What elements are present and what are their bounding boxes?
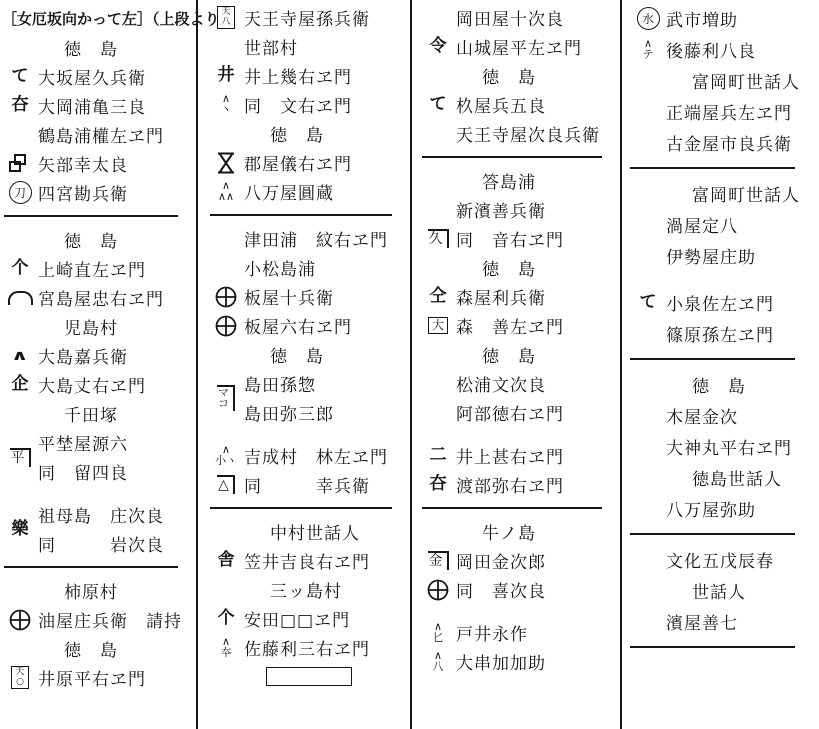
place-name: 徳 島 (244, 342, 324, 367)
entry-name: 井上甚右ヱ門 (456, 443, 564, 468)
entry-row: ∧大島嘉兵衛 (2, 341, 196, 370)
ni-mark-icon: 二 (430, 447, 447, 464)
entry-name: 鶴島浦權左ヱ門 (38, 122, 164, 147)
place-name: 富岡町世話人 (666, 181, 800, 206)
entry-row: 水武市増助 (630, 3, 809, 34)
entry-row: 井井上幾右ヱ門 (208, 61, 410, 90)
entry-name: 郡屋儀右ヱ門 (244, 150, 352, 175)
place-row: 児島村 (2, 312, 196, 341)
place-name: 徳 島 (38, 636, 118, 661)
mark-gutter: 井 (208, 67, 244, 84)
mark-gutter: 樂 (2, 521, 38, 538)
blank-box-row (208, 662, 410, 691)
entry-name: 新濱善兵衛 (456, 197, 546, 222)
yane-do-mark-icon: 仝 (430, 288, 447, 305)
entry-name: 後藤利八良 (666, 37, 756, 62)
hourglass-mark-icon (216, 152, 236, 174)
entry-name: 渡部弥右ヱ門 (456, 472, 564, 497)
entry-name: 山城屋平左ヱ門 (456, 34, 582, 59)
place-row: 徳島世話人 (630, 462, 809, 493)
entry-row: 矢部幸太良 (2, 149, 196, 178)
entry-row: 大神丸平右ヱ門 (630, 431, 809, 462)
entry-name: 矢部幸太良 (38, 151, 128, 176)
place-name: 徳 島 (456, 63, 536, 88)
entry-lines: 平埜屋源六同 留四良 (38, 428, 128, 486)
column-2: 天八天王寺屋孫兵衛世部村井井上幾右ヱ門∧丶同 文右ヱ門徳 島郡屋儀右ヱ門∧∧∧八… (198, 0, 410, 729)
section-divider (422, 507, 602, 509)
entry-row: 企大島丈右ヱ門 (2, 370, 196, 399)
sankaku-kaneori-mark-icon: △ (217, 475, 235, 494)
entry-name: 平埜屋源六 (38, 428, 128, 457)
entry-row: ∧∧∧八万屋圓蔵 (208, 177, 410, 206)
section-divider (4, 566, 178, 568)
entry-row: 小松島浦 (208, 253, 410, 282)
entry-row: 大森 善左ヱ門 (420, 311, 620, 340)
mark-gutter (208, 152, 244, 174)
te-mark-icon: て (640, 294, 657, 311)
yane-hon-mark-icon: ∧夲 (221, 637, 232, 657)
box-ten-hachi-mark-icon: 天八 (217, 6, 234, 29)
section-divider (422, 156, 602, 158)
box-ten-maru-mark-icon: 天○ (11, 666, 28, 689)
mark-gutter: 平 (2, 448, 38, 467)
place-row: 徳 島 (2, 634, 196, 663)
entry-name: 上崎直左ヱ門 (38, 256, 146, 281)
entry-row: 仝森屋利兵衛 (420, 282, 620, 311)
entry-row: 天○井原平右ヱ門 (2, 663, 196, 692)
yane-sha-mark-icon: 舎 (218, 552, 235, 569)
entry-name: 大神丸平右ヱ門 (666, 434, 792, 459)
place-row: 徳 島 (208, 119, 410, 148)
row-gap (420, 604, 620, 618)
entry-name: 宮島屋忠右ヱ門 (38, 285, 164, 310)
row-gap (2, 486, 196, 500)
mark-gutter: ∧丶 (208, 94, 244, 114)
entry-name: 岡田屋十次良 (456, 5, 564, 30)
entry-group-row: マコ島田孫惣島田弥三郎 (208, 369, 410, 427)
entry-name: 世部村 (244, 34, 298, 59)
section-divider (630, 167, 795, 169)
entry-row: 郡屋儀右ヱ門 (208, 148, 410, 177)
mark-gutter: 令 (420, 38, 456, 55)
place-row: 徳 島 (420, 253, 620, 282)
place-row: 柿原村 (2, 576, 196, 605)
mark-gutter: ∧∧∧ (208, 181, 244, 201)
row-gap (630, 271, 809, 287)
entry-row: て大坂屋久兵衛 (2, 62, 196, 91)
entry-name: 同 留四良 (38, 457, 128, 486)
entry-name: 武市増助 (666, 6, 738, 31)
hira-kaneori-mark-icon: 平 (10, 448, 31, 467)
place-row: 牛ノ島 (420, 517, 620, 546)
mark-gutter: て (2, 68, 38, 85)
entry-name: 同 幸兵衛 (244, 472, 370, 497)
entry-row: ∧八大串加加助 (420, 647, 620, 676)
place-row: 富岡町世話人 (630, 65, 809, 96)
entry-name: 森 善左ヱ門 (456, 313, 564, 338)
mark-gutter: 久 (420, 229, 456, 248)
yane-futatsu-mark-icon: ∧∧∧ (218, 181, 234, 201)
entry-group-row: 樂祖母島 庄次良同 岩次良 (2, 500, 196, 558)
entry-name: 佐藤利三右ヱ門 (244, 635, 370, 660)
entry-row: 令山城屋平左ヱ門 (420, 32, 620, 61)
entry-row: 夻渡部弥右ヱ門 (420, 470, 620, 499)
entry-row: 鶴島浦權左ヱ門 (2, 120, 196, 149)
mark-gutter: 夻 (2, 97, 38, 114)
mark-gutter: ∧匕 (420, 622, 456, 642)
mark-gutter: 天○ (2, 666, 38, 689)
place-name: 徳 島 (456, 342, 536, 367)
column-3: 岡田屋十次良令山城屋平左ヱ門徳 島て杦屋兵五良天王寺屋次良兵衛答島浦新濱善兵衛久… (412, 0, 620, 729)
place-name: 富岡町世話人 (666, 68, 800, 93)
entry-name: 油屋庄兵衛 請持 (38, 607, 182, 632)
entry-name: 島田孫惣 (244, 369, 334, 398)
entry-name: 天王寺屋次良兵衛 (456, 121, 600, 146)
place-name: 牛ノ島 (456, 519, 536, 544)
entry-name: 八万屋圓蔵 (244, 179, 334, 204)
mark-gutter: ∧テ (630, 39, 666, 59)
mark-gutter: 个 (2, 260, 38, 277)
mark-gutter: て (630, 294, 666, 311)
section-divider (630, 358, 795, 360)
entry-row: 同 喜次良 (420, 575, 620, 604)
place-row: 中村世話人 (208, 517, 410, 546)
entry-row: 阿部徳右ヱ門 (420, 398, 620, 427)
row-gap (208, 427, 410, 441)
entry-name: 祖母島 庄次良 (38, 500, 164, 529)
arch-mark-icon (8, 291, 33, 305)
place-row: 徳 島 (2, 225, 196, 254)
entry-row: 文化五戊辰春 (630, 544, 809, 575)
entry-name: 大岡浦亀三良 (38, 93, 146, 118)
mark-gutter: 大 (420, 317, 456, 334)
entry-row: △同 幸兵衛 (208, 470, 410, 499)
place-row: 徳 島 (420, 61, 620, 90)
mark-gutter: て (420, 96, 456, 113)
entry-name: 安田□□ヱ門 (244, 606, 350, 631)
place-name: 千田塚 (38, 401, 118, 426)
entry-row: 正端屋兵左ヱ門 (630, 96, 809, 127)
mark-gutter: 企 (2, 376, 38, 393)
entry-name: 渦屋定八 (666, 212, 738, 237)
entry-row: 个上崎直左ヱ門 (2, 254, 196, 283)
mark-gutter (208, 286, 244, 308)
place-row: 三ッ島村 (208, 575, 410, 604)
place-name: 児島村 (38, 314, 118, 339)
mark-gutter (2, 154, 38, 174)
entry-name: 同 音右ヱ門 (456, 226, 564, 251)
mark-gutter (2, 291, 38, 305)
entry-name: 杦屋兵五良 (456, 92, 546, 117)
entry-name: 古金屋市良兵衛 (666, 130, 792, 155)
entry-name: 大串加加助 (456, 649, 546, 674)
double-square-mark-icon (9, 154, 31, 174)
entry-name: 大島嘉兵衛 (38, 343, 128, 368)
place-name: 徳 島 (38, 227, 118, 252)
place-row: 徳 島 (630, 369, 809, 400)
place-name: 柿原村 (38, 578, 118, 603)
place-row: 徳 島 (208, 340, 410, 369)
place-row: 富岡町世話人 (630, 178, 809, 209)
entry-row: 宮島屋忠右ヱ門 (2, 283, 196, 312)
entry-row: 世部村 (208, 32, 410, 61)
mark-gutter: 夻 (420, 476, 456, 493)
column-4: 水武市増助∧テ後藤利八良富岡町世話人正端屋兵左ヱ門古金屋市良兵衛富岡町世話人渦屋… (622, 0, 809, 729)
place-name: 世話人 (666, 578, 746, 603)
entry-name: 文化五戊辰春 (666, 547, 774, 572)
entry-row: 古金屋市良兵衛 (630, 127, 809, 158)
place-name: 徳 島 (38, 35, 118, 60)
entry-row: て杦屋兵五良 (420, 90, 620, 119)
maru-ju-mark-icon (215, 315, 237, 337)
entry-name: 小松島浦 (244, 255, 316, 280)
raku-mark-icon: 樂 (12, 521, 29, 538)
entry-name: 森屋利兵衛 (456, 284, 546, 309)
yane-hi-mark-icon: ∧匕 (433, 622, 444, 642)
kin-kaneori-mark-icon: 金 (428, 551, 449, 570)
entry-name: 天王寺屋孫兵衛 (244, 5, 370, 30)
section-divider (630, 646, 795, 648)
mark-gutter: ∧夲 (208, 637, 244, 657)
entry-row: 二井上甚右ヱ門 (420, 441, 620, 470)
entry-row: 久同 音右ヱ門 (420, 224, 620, 253)
entry-name: 濱屋善七 (666, 609, 738, 634)
entry-row: ∧匕戸井永作 (420, 618, 620, 647)
yane-ki-mark-icon: 企 (12, 376, 29, 393)
yane-rei-mark-icon: 令 (430, 38, 447, 55)
place-row: 徳 島 (420, 340, 620, 369)
mark-gutter: ∧八 (420, 651, 456, 671)
entry-row: 松浦文次良 (420, 369, 620, 398)
dai-kuchi-mark-icon: 夻 (430, 476, 447, 493)
entry-row: 天八天王寺屋孫兵衛 (208, 3, 410, 32)
mark-gutter: △ (208, 475, 244, 494)
entry-name: 松浦文次良 (456, 371, 546, 396)
entry-name: 板屋六右ヱ門 (244, 313, 352, 338)
box-dai-mark-icon: 大 (428, 317, 448, 334)
section-divider (4, 215, 178, 217)
entry-name: 大島丈右ヱ門 (38, 372, 146, 397)
entry-name: 井上幾右ヱ門 (244, 63, 352, 88)
entry-row: 篠原孫左ヱ門 (630, 318, 809, 349)
yane-hachi-mark-icon: ∧八 (433, 651, 444, 671)
maru-ju-mark-icon (9, 609, 31, 631)
entry-row: 板屋六右ヱ門 (208, 311, 410, 340)
yane-tate-mark-icon: 个 (12, 260, 29, 277)
entry-name: 篠原孫左ヱ門 (666, 321, 774, 346)
entry-row: 油屋庄兵衛 請持 (2, 605, 196, 634)
row-gap (420, 427, 620, 441)
entry-group-row: 平平埜屋源六同 留四良 (2, 428, 196, 486)
section-divider (630, 533, 795, 535)
mark-gutter: 个 (208, 610, 244, 627)
blank-box (266, 667, 352, 686)
entry-row: 新濱善兵衛 (420, 195, 620, 224)
entry-name: 正端屋兵左ヱ門 (666, 99, 792, 124)
place-name: 徳 島 (244, 121, 324, 146)
entry-row: 津田浦 紋右ヱ門 (208, 224, 410, 253)
entry-name: 戸井永作 (456, 620, 528, 645)
entry-row: 渦屋定八 (630, 209, 809, 240)
te-mark-icon: て (430, 96, 447, 113)
circle-katana-mark-icon: 刀 (9, 181, 32, 204)
place-row: 千田塚 (2, 399, 196, 428)
entry-name: 八万屋弥助 (666, 496, 756, 521)
place-name: 三ッ島村 (244, 577, 342, 602)
mark-gutter: 刀 (2, 181, 38, 204)
mark-gutter: ∧小ヽ (208, 445, 244, 465)
place-row: 世話人 (630, 575, 809, 606)
circle-mizu-mark-icon: 水 (637, 7, 660, 30)
mark-gutter: マコ (208, 385, 244, 411)
entry-row: 岡田屋十次良 (420, 3, 620, 32)
document-page: ［女厄坂向かって左］（上段より）徳 島て大坂屋久兵衛夻大岡浦亀三良鶴島浦權左ヱ門… (0, 0, 819, 729)
entry-name: 伊勢屋庄助 (666, 243, 756, 268)
entry-name: 津田浦 紋右ヱ門 (244, 226, 388, 251)
yane-tate-mark-icon: 个 (218, 610, 235, 627)
mark-gutter: 金 (420, 551, 456, 570)
place-name: 中村世話人 (244, 519, 360, 544)
entry-row: 舎笠井吉良右ヱ門 (208, 546, 410, 575)
place-name: 答島浦 (456, 168, 536, 193)
entry-name: 笠井吉良右ヱ門 (244, 548, 370, 573)
mark-gutter (420, 579, 456, 601)
entry-name: 同 岩次良 (38, 529, 164, 558)
mark-gutter (208, 315, 244, 337)
place-row: 徳 島 (2, 33, 196, 62)
mark-gutter: 天八 (208, 6, 244, 29)
entry-name: 同 文右ヱ門 (244, 92, 352, 117)
entry-name: 板屋十兵衛 (244, 284, 334, 309)
entry-row: 板屋十兵衛 (208, 282, 410, 311)
entry-name: 木屋金次 (666, 403, 738, 428)
entry-row: 伊勢屋庄助 (630, 240, 809, 271)
entry-row: 刀四宮勘兵衛 (2, 178, 196, 207)
entry-row: ∧夲佐藤利三右ヱ門 (208, 633, 410, 662)
place-name: 徳島世話人 (666, 465, 782, 490)
entry-row: 木屋金次 (630, 400, 809, 431)
entry-row: 夻大岡浦亀三良 (2, 91, 196, 120)
entry-lines: 祖母島 庄次良同 岩次良 (38, 500, 164, 558)
mark-gutter: 水 (630, 7, 666, 30)
entry-row: ∧小ヽ吉成村 林左ヱ門 (208, 441, 410, 470)
entry-name: 岡田金次郎 (456, 548, 546, 573)
dai-kuchi-mark-icon: 夻 (12, 97, 29, 114)
yane-ko-mark-icon: ∧小ヽ (215, 445, 237, 465)
te-mark-icon: て (12, 68, 29, 85)
igeta-mark-icon: 井 (218, 67, 235, 84)
maru-ju-mark-icon (215, 286, 237, 308)
kyu-kaneori-mark-icon: 久 (428, 229, 449, 248)
entry-row: て小泉佐左ヱ門 (630, 287, 809, 318)
yane-dot-mark-icon: ∧丶 (221, 94, 232, 114)
section-divider (210, 507, 392, 509)
entry-name: 同 喜次良 (456, 577, 546, 602)
mark-gutter: 舎 (208, 552, 244, 569)
entry-row: 金岡田金次郎 (420, 546, 620, 575)
column-1: ［女厄坂向かって左］（上段より）徳 島て大坂屋久兵衛夻大岡浦亀三良鶴島浦權左ヱ門… (0, 0, 196, 729)
entry-name: 小泉佐左ヱ門 (666, 290, 774, 315)
mako-kaneori-mark-icon: マコ (217, 385, 235, 411)
entry-name: 島田弥三郎 (244, 398, 334, 427)
place-row: 答島浦 (420, 166, 620, 195)
entry-row: 个安田□□ヱ門 (208, 604, 410, 633)
entry-row: 八万屋弥助 (630, 493, 809, 524)
entry-name: 阿部徳右ヱ門 (456, 400, 564, 425)
entry-row: ∧テ後藤利八良 (630, 34, 809, 65)
entry-name: 四宮勘兵衛 (38, 180, 128, 205)
mark-gutter: 二 (420, 447, 456, 464)
entry-name: 吉成村 林左ヱ門 (244, 443, 388, 468)
page-header-row: ［女厄坂向かって左］（上段より） (2, 3, 196, 33)
entry-row: 濱屋善七 (630, 606, 809, 637)
maru-ju-mark-icon (427, 579, 449, 601)
entry-name: 大坂屋久兵衛 (38, 64, 146, 89)
entry-row: ∧丶同 文右ヱ門 (208, 90, 410, 119)
section-divider (210, 214, 392, 216)
yane-mark-icon: ∧ (11, 349, 29, 363)
place-name: 徳 島 (456, 255, 536, 280)
mark-gutter: 仝 (420, 288, 456, 305)
mark-gutter: ∧ (2, 349, 38, 363)
entry-lines: 島田孫惣島田弥三郎 (244, 369, 334, 427)
entry-name: 井原平右ヱ門 (38, 665, 146, 690)
yane-te-kana-mark-icon: ∧テ (643, 39, 654, 59)
mark-gutter (2, 609, 38, 631)
entry-row: 天王寺屋次良兵衛 (420, 119, 620, 148)
place-name: 徳 島 (666, 372, 746, 397)
